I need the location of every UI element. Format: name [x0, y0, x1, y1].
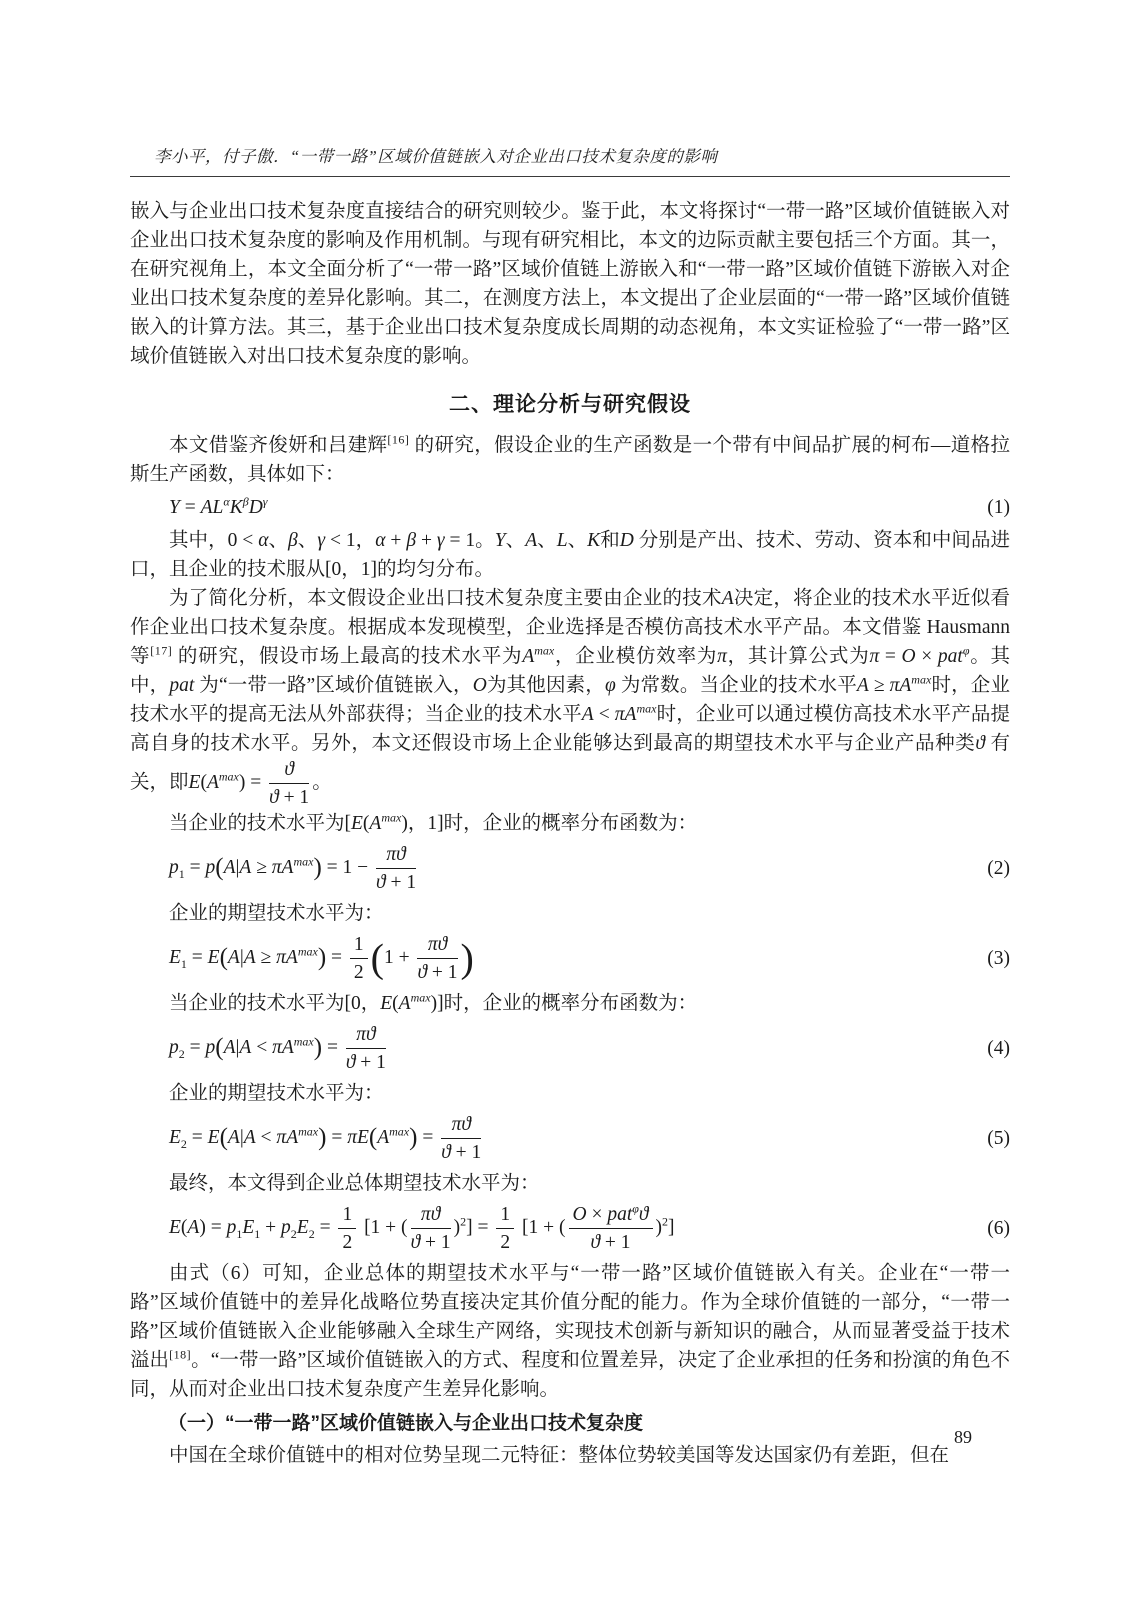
equation-1-body: Y = ALαKβDγ [169, 494, 975, 521]
equation-5-body: E2 = E(A|A < πAmax) = πE(Amax) = πϑϑ + 1 [169, 1113, 975, 1164]
equation-6-body: E(A) = p1E1 + p2E2 = 12 [1 + (πϑϑ + 1)2]… [169, 1203, 975, 1254]
equation-5: E2 = E(A|A < πAmax) = πE(Amax) = πϑϑ + 1… [130, 1113, 1010, 1164]
equation-4-number: (4) [987, 1035, 1010, 1062]
paragraph: 企业的期望技术水平为： [130, 899, 1010, 928]
paragraph: 最终，本文得到企业总体期望技术水平为： [130, 1169, 1010, 1198]
article-body: 嵌入与企业出口技术复杂度直接结合的研究则较少。鉴于此，本文将探讨“一带一路”区域… [130, 197, 1010, 1470]
paragraph: 由式（6）可知，企业总体的期望技术水平与“一带一路”区域价值链嵌入有关。企业在“… [130, 1259, 1010, 1404]
equation-2-number: (2) [987, 855, 1010, 882]
equation-1-number: (1) [987, 494, 1010, 521]
paper-page: 李小平，付子傲．“一带一路”区域价值链嵌入对企业出口技术复杂度的影响 嵌入与企业… [0, 0, 1140, 1600]
equation-6-number: (6) [987, 1215, 1010, 1242]
equation-6: E(A) = p1E1 + p2E2 = 12 [1 + (πϑϑ + 1)2]… [130, 1203, 1010, 1254]
equation-2-body: p1 = p(A|A ≥ πAmax) = 1 − πϑϑ + 1 [169, 843, 975, 894]
equation-3-number: (3) [987, 945, 1010, 972]
equation-5-number: (5) [987, 1125, 1010, 1152]
paragraph: 企业的期望技术水平为： [130, 1079, 1010, 1108]
paragraph: 为了简化分析，本文假设企业出口技术复杂度主要由企业的技术A决定，将企业的技术水平… [130, 584, 1010, 809]
paragraph-continuation: 嵌入与企业出口技术复杂度直接结合的研究则较少。鉴于此，本文将探讨“一带一路”区域… [130, 197, 1010, 371]
equation-3-body: E1 = E(A|A ≥ πAmax) = 12(1 + πϑϑ + 1) [169, 933, 975, 984]
paragraph: 当企业的技术水平为[E(Amax)，1]时，企业的概率分布函数为： [130, 809, 1010, 838]
paragraph: 当企业的技术水平为[0，E(Amax)]时，企业的概率分布函数为： [130, 989, 1010, 1018]
equation-4: p2 = p(A|A < πAmax) = πϑϑ + 1 (4) [130, 1023, 1010, 1074]
paragraph: 中国在全球价值链中的相对位势呈现二元特征：整体位势较美国等发达国家仍有差距，但在 [130, 1441, 1010, 1470]
subsection-heading: （一）“一带一路”区域价值链嵌入与企业出口技术复杂度 [130, 1409, 1010, 1438]
page-number: 89 [954, 1427, 972, 1448]
paragraph: 其中，0 < α、β、γ < 1，α + β + γ = 1。Y、A、L、K和D… [130, 526, 1010, 584]
header-rule [130, 176, 1010, 177]
section-heading: 二、理论分析与研究假设 [130, 388, 1010, 418]
equation-1: Y = ALαKβDγ (1) [130, 494, 1010, 521]
equation-2: p1 = p(A|A ≥ πAmax) = 1 − πϑϑ + 1 (2) [130, 843, 1010, 894]
running-head: 李小平，付子傲．“一带一路”区域价值链嵌入对企业出口技术复杂度的影响 [154, 143, 1010, 167]
equation-4-body: p2 = p(A|A < πAmax) = πϑϑ + 1 [169, 1023, 975, 1074]
equation-3: E1 = E(A|A ≥ πAmax) = 12(1 + πϑϑ + 1) (3… [130, 933, 1010, 984]
paragraph: 本文借鉴齐俊妍和吕建辉[16] 的研究，假设企业的生产函数是一个带有中间品扩展的… [130, 431, 1010, 489]
